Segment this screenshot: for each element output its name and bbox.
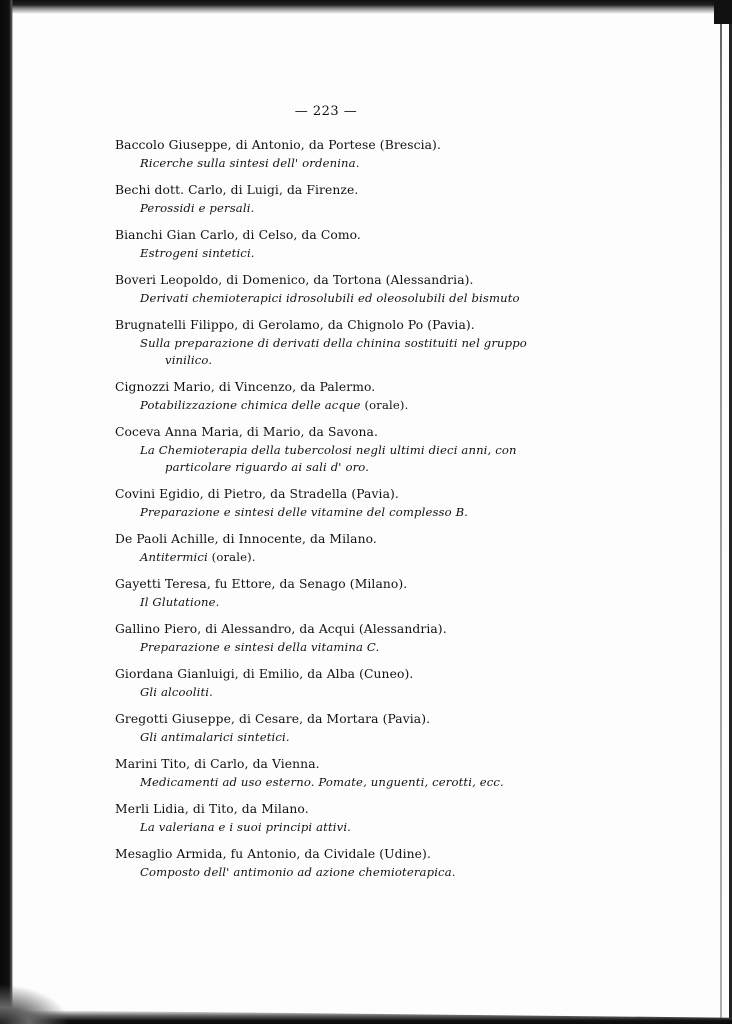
entry-author: Baccolo Giuseppe, di Antonio, da Portese… bbox=[115, 136, 545, 155]
entry-title: Medicamenti ad uso esterno. Pomate, ungu… bbox=[115, 774, 545, 791]
list-entry: Baccolo Giuseppe, di Antonio, da Portese… bbox=[115, 136, 545, 172]
list-entry: Mesaglio Armida, fu Antonio, da Cividale… bbox=[115, 845, 545, 881]
list-entry: Bianchi Gian Carlo, di Celso, da Como. E… bbox=[115, 226, 545, 262]
scan-edge-right-inner-line bbox=[720, 0, 722, 1024]
list-entry: Gregotti Giuseppe, di Cesare, da Mortara… bbox=[115, 710, 545, 746]
entry-author: Gayetti Teresa, fu Ettore, da Senago (Mi… bbox=[115, 575, 545, 594]
list-entry: Boveri Leopoldo, di Domenico, da Tortona… bbox=[115, 271, 545, 307]
page-number: — 223 — bbox=[0, 104, 732, 119]
thesis-list: Baccolo Giuseppe, di Antonio, da Portese… bbox=[115, 136, 545, 890]
scan-edge-bottom-left-shadow bbox=[0, 984, 70, 1024]
list-entry: De Paoli Achille, di Innocente, da Milan… bbox=[115, 530, 545, 566]
entry-author: Giordana Gianluigi, di Emilio, da Alba (… bbox=[115, 665, 545, 684]
entry-title-note: (orale). bbox=[361, 398, 409, 412]
entry-title: Preparazione e sintesi della vitamina C. bbox=[115, 639, 545, 656]
scanned-page: — 223 — Baccolo Giuseppe, di Antonio, da… bbox=[0, 0, 732, 1024]
entry-author: Bechi dott. Carlo, di Luigi, da Firenze. bbox=[115, 181, 545, 200]
entry-author: Coceva Anna Maria, di Mario, da Savona. bbox=[115, 423, 545, 442]
list-entry: Merli Lidia, di Tito, da Milano. La vale… bbox=[115, 800, 545, 836]
entry-author: Marini Tito, di Carlo, da Vienna. bbox=[115, 755, 545, 774]
entry-title: La valeriana e i suoi principi attivi. bbox=[115, 819, 545, 836]
list-entry: Brugnatelli Filippo, di Gerolamo, da Chi… bbox=[115, 316, 545, 369]
entry-title: La Chemioterapia della tubercolosi negli… bbox=[115, 442, 545, 476]
list-entry: Coceva Anna Maria, di Mario, da Savona. … bbox=[115, 423, 545, 476]
entry-title: Preparazione e sintesi delle vitamine de… bbox=[115, 504, 545, 521]
entry-author: Brugnatelli Filippo, di Gerolamo, da Chi… bbox=[115, 316, 545, 335]
list-entry: Marini Tito, di Carlo, da Vienna. Medica… bbox=[115, 755, 545, 791]
entry-author: Merli Lidia, di Tito, da Milano. bbox=[115, 800, 545, 819]
entry-author: Mesaglio Armida, fu Antonio, da Cividale… bbox=[115, 845, 545, 864]
scan-edge-bottom bbox=[0, 1010, 732, 1024]
entry-title: Il Glutatione. bbox=[115, 594, 545, 611]
entry-author: Bianchi Gian Carlo, di Celso, da Como. bbox=[115, 226, 545, 245]
list-entry: Gallino Piero, di Alessandro, da Acqui (… bbox=[115, 620, 545, 656]
list-entry: Cignozzi Mario, di Vincenzo, da Palermo.… bbox=[115, 378, 545, 414]
entry-title: Derivati chemioterapici idrosolubili ed … bbox=[115, 290, 545, 307]
entry-title: Ricerche sulla sintesi dell' ordenina. bbox=[115, 155, 545, 172]
entry-title: Gli alcooliti. bbox=[115, 684, 545, 701]
entry-author: Boveri Leopoldo, di Domenico, da Tortona… bbox=[115, 271, 545, 290]
entry-title: Sulla preparazione di derivati della chi… bbox=[115, 335, 545, 369]
entry-author: De Paoli Achille, di Innocente, da Milan… bbox=[115, 530, 545, 549]
entry-author: Gallino Piero, di Alessandro, da Acqui (… bbox=[115, 620, 545, 639]
entry-title: Antitermici (orale). bbox=[115, 549, 545, 566]
entry-title-continuation: vinilico. bbox=[140, 352, 545, 369]
page-number-text: — 223 — bbox=[295, 104, 358, 119]
entry-author: Gregotti Giuseppe, di Cesare, da Mortara… bbox=[115, 710, 545, 729]
list-entry: Gayetti Teresa, fu Ettore, da Senago (Mi… bbox=[115, 575, 545, 611]
entry-title-continuation: particolare riguardo ai sali d' oro. bbox=[140, 459, 545, 476]
list-entry: Covini Egidio, di Pietro, da Stradella (… bbox=[115, 485, 545, 521]
list-entry: Bechi dott. Carlo, di Luigi, da Firenze.… bbox=[115, 181, 545, 217]
entry-title: Gli antimalarici sintetici. bbox=[115, 729, 545, 746]
scan-edge-top bbox=[0, 0, 732, 14]
entry-author: Cignozzi Mario, di Vincenzo, da Palermo. bbox=[115, 378, 545, 397]
scan-edge-right-corner bbox=[714, 0, 732, 24]
entry-title: Perossidi e persali. bbox=[115, 200, 545, 217]
entry-title: Composto dell' antimonio ad azione chemi… bbox=[115, 864, 545, 881]
entry-title: Potabilizzazione chimica delle acque (or… bbox=[115, 397, 545, 414]
entry-title-note: (orale). bbox=[208, 550, 256, 564]
entry-author: Covini Egidio, di Pietro, da Stradella (… bbox=[115, 485, 545, 504]
entry-title: Estrogeni sintetici. bbox=[115, 245, 545, 262]
scan-edge-left bbox=[0, 0, 13, 1024]
list-entry: Giordana Gianluigi, di Emilio, da Alba (… bbox=[115, 665, 545, 701]
